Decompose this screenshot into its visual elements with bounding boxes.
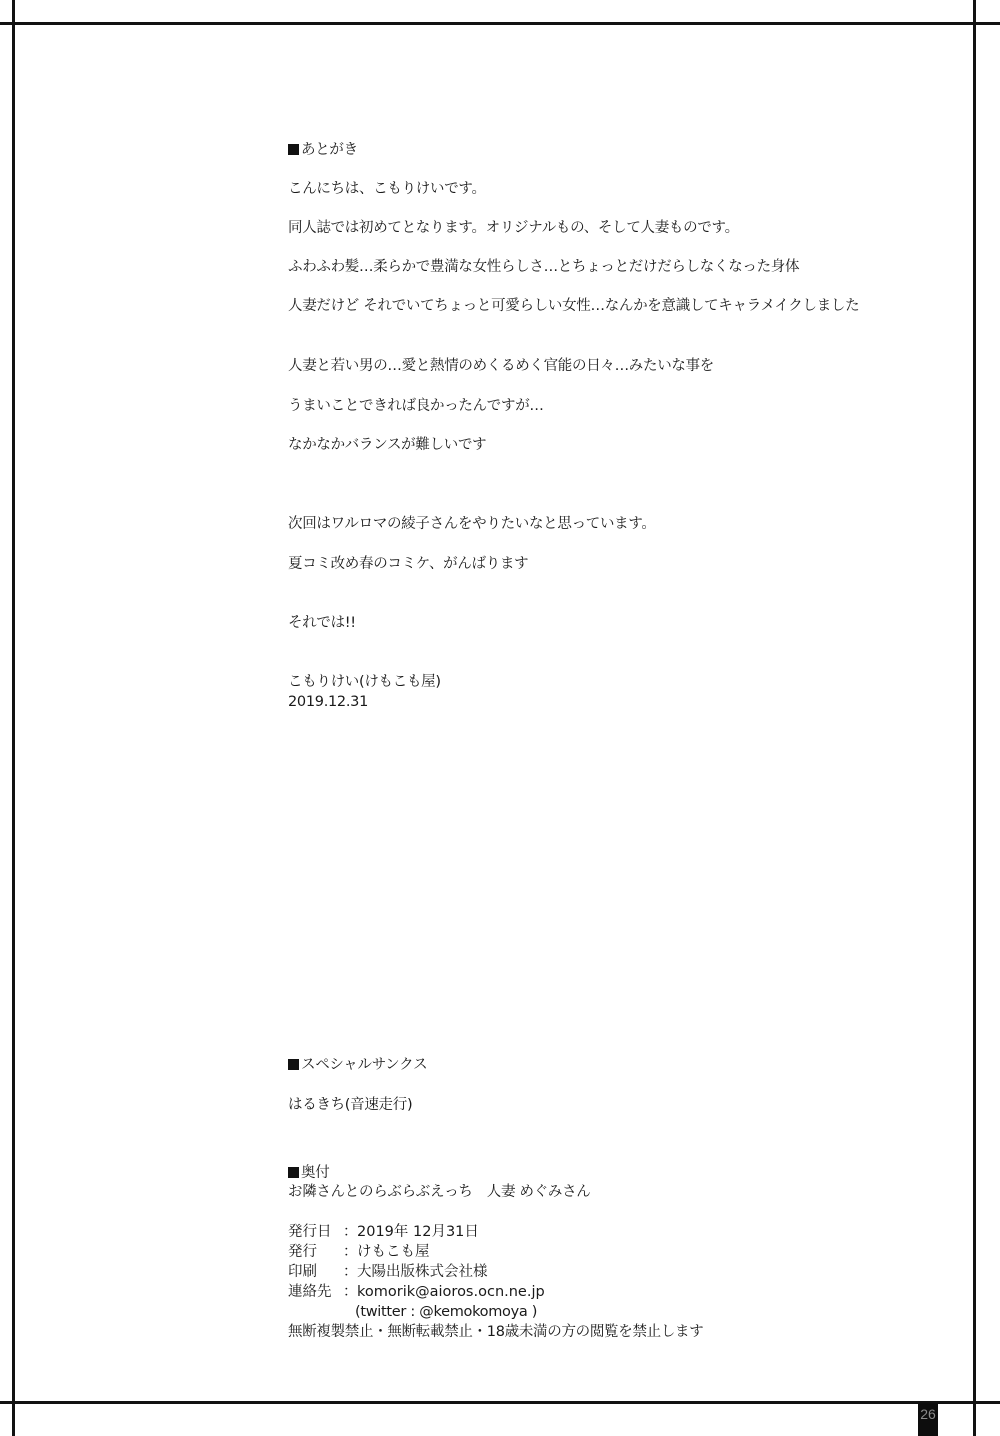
colophon-label: 発行 [288,1243,343,1261]
colophon-heading: 奥付 [288,1164,329,1182]
square-bullet-icon [288,144,299,155]
colophon-title: お隣さんとのらぶらぶえっち 人妻 めぐみさん [288,1183,591,1201]
afterword-paragraph: 夏コミ改め春のコミケ、がんばります [288,555,528,573]
colophon-value: けもこも屋 [357,1243,430,1261]
square-bullet-icon [288,1059,299,1070]
frame-line-top [0,22,1000,25]
page-number: 26 [918,1403,938,1436]
colophon-separator: ： [343,1263,357,1281]
special-thanks-name: はるきち(音速走行) [288,1096,412,1114]
colophon-separator: ： [343,1243,357,1261]
colophon-row-publisher: 発行 ： けもこも屋 [288,1243,430,1261]
colophon-twitter: (twitter : @kemokomoya ) [355,1303,537,1321]
special-thanks-heading: スペシャルサンクス [288,1056,427,1074]
colophon-label: 連絡先 [288,1283,343,1301]
colophon-email: komorik@aioros.ocn.ne.jp [357,1283,545,1301]
afterword-paragraph: ふわふわ髪…柔らかで豊満な女性らしさ…とちょっとだけだらしなくなった身体 [288,258,799,276]
afterword-paragraph: 人妻だけど それでいてちょっと可愛らしい女性…なんかを意識してキャラメイクしまし… [288,297,859,315]
colophon-row-issue-date: 発行日 ： 2019年 12月31日 [288,1223,479,1241]
afterword-signature: こもりけい(けもこも屋) [288,673,441,691]
square-bullet-icon [288,1167,299,1178]
afterword-date: 2019.12.31 [288,693,368,711]
colophon-value: 大陽出版株式会社様 [357,1263,488,1281]
colophon-value: 2019年 12月31日 [357,1223,479,1241]
frame-line-bottom [0,1401,1000,1404]
colophon-label: 印刷 [288,1263,343,1281]
afterword-heading: あとがき [288,141,358,159]
afterword-paragraph: 同人誌では初めてとなります。オリジナルもの、そして人妻ものです。 [288,219,739,237]
afterword-paragraph: こんにちは、こもりけいです。 [288,180,486,198]
afterword-paragraph: 人妻と若い男の…愛と熱情のめくるめく官能の日々…みたいな事を [288,357,714,375]
frame-line-right [973,0,976,1436]
afterword-paragraph: なかなかバランスが難しいです [288,436,486,454]
colophon-row-printer: 印刷 ： 大陽出版株式会社様 [288,1263,488,1281]
frame-line-left [12,0,15,1436]
colophon-label: 発行日 [288,1223,343,1241]
colophon-row-contact: 連絡先 ： komorik@aioros.ocn.ne.jp [288,1283,545,1301]
colophon-notice: 無断複製禁止・無断転載禁止・18歳未満の方の閲覧を禁止します [288,1323,703,1341]
afterword-paragraph: 次回はワルロマの綾子さんをやりたいなと思っています。 [288,515,656,533]
colophon-separator: ： [343,1223,357,1241]
afterword-paragraph: それでは!! [288,614,356,632]
colophon-separator: ： [343,1283,357,1301]
afterword-paragraph: うまいことできれば良かったんですが… [288,397,544,415]
